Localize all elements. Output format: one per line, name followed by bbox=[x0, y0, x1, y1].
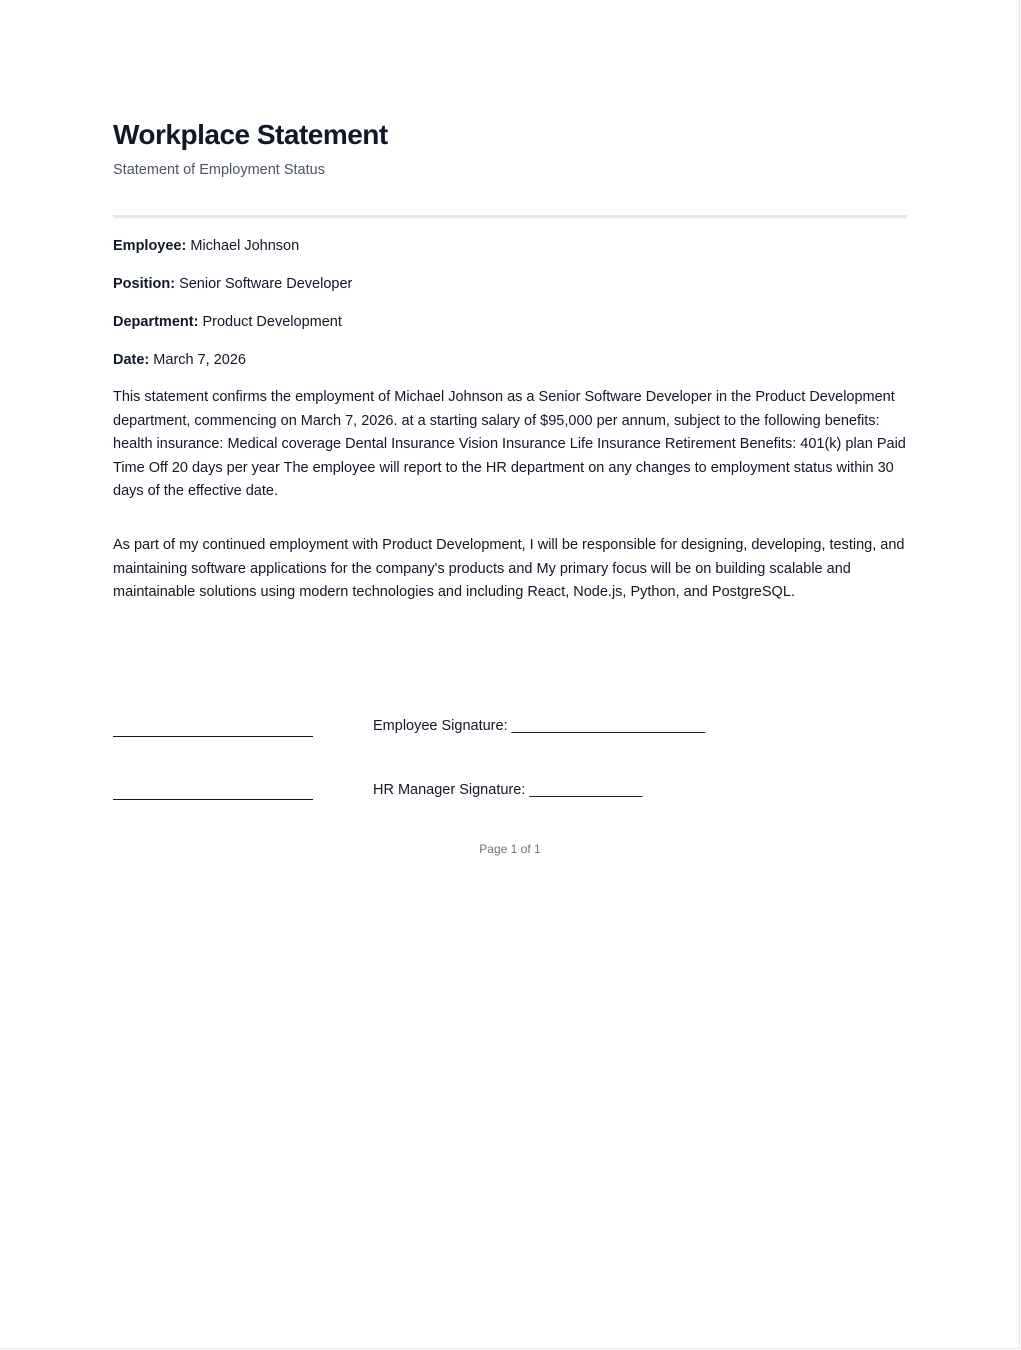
employee-value: Michael Johnson bbox=[190, 238, 299, 254]
hr-manager-signature-line[interactable] bbox=[113, 799, 313, 800]
date-label: Date: bbox=[113, 352, 149, 368]
department-label: Department: bbox=[113, 314, 198, 330]
department-value: Product Development bbox=[202, 314, 341, 330]
employment-statement-paragraph: This statement confirms the employment o… bbox=[113, 386, 907, 504]
department-field: Department: Product Development bbox=[113, 312, 342, 332]
employee-signature-line[interactable] bbox=[113, 736, 313, 737]
position-value: Senior Software Developer bbox=[179, 276, 352, 292]
document-page: Workplace Statement Statement of Employm… bbox=[0, 0, 1020, 1349]
date-field: Date: March 7, 2026 bbox=[113, 350, 246, 370]
responsibilities-paragraph: As part of my continued employment with … bbox=[113, 534, 907, 605]
document-subtitle: Statement of Employment Status bbox=[113, 160, 325, 180]
employee-field: Employee: Michael Johnson bbox=[113, 236, 299, 256]
header-divider bbox=[113, 215, 907, 218]
employee-label: Employee: bbox=[113, 238, 186, 254]
position-field: Position: Senior Software Developer bbox=[113, 274, 352, 294]
page-number: Page 1 of 1 bbox=[113, 841, 907, 857]
position-label: Position: bbox=[113, 276, 175, 292]
hr-manager-signature-label: HR Manager Signature: ______________ bbox=[373, 780, 642, 800]
date-value: March 7, 2026 bbox=[153, 352, 246, 368]
document-title: Workplace Statement bbox=[113, 117, 388, 153]
employee-signature-label: Employee Signature: ____________________… bbox=[373, 716, 705, 736]
